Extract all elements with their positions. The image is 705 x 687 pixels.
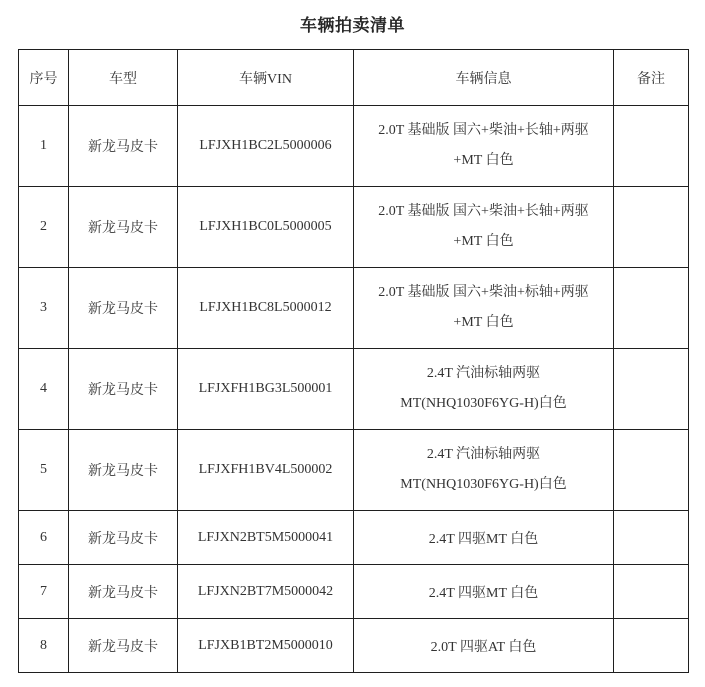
vin-cell: LFJXH1BC0L5000005 [178, 187, 354, 268]
note-cell [614, 430, 689, 511]
table-row: 7新龙马皮卡LFJXN2BT7M50000422.4T 四驱MT 白色 [19, 565, 689, 619]
table-row: 1新龙马皮卡LFJXH1BC2L50000062.0T 基础版 国六+柴油+长轴… [19, 106, 689, 187]
serial-cell: 5 [19, 430, 69, 511]
table-row: 6新龙马皮卡LFJXN2BT5M50000412.4T 四驱MT 白色 [19, 511, 689, 565]
table-body: 1新龙马皮卡LFJXH1BC2L50000062.0T 基础版 国六+柴油+长轴… [19, 106, 689, 673]
note-cell [614, 619, 689, 673]
model-cell: 新龙马皮卡 [69, 268, 178, 349]
serial-cell: 3 [19, 268, 69, 349]
model-cell: 新龙马皮卡 [69, 565, 178, 619]
info-cell: 2.4T 四驱MT 白色 [354, 565, 614, 619]
info-cell: 2.0T 基础版 国六+柴油+长轴+两驱 +MT 白色 [354, 187, 614, 268]
serial-cell: 6 [19, 511, 69, 565]
note-cell [614, 268, 689, 349]
table-row: 3新龙马皮卡LFJXH1BC8L50000122.0T 基础版 国六+柴油+标轴… [19, 268, 689, 349]
header-model: 车型 [69, 50, 178, 106]
note-cell [614, 106, 689, 187]
vin-cell: LFJXN2BT7M5000042 [178, 565, 354, 619]
vin-cell: LFJXFH1BV4L500002 [178, 430, 354, 511]
table-row: 2新龙马皮卡LFJXH1BC0L50000052.0T 基础版 国六+柴油+长轴… [19, 187, 689, 268]
serial-cell: 2 [19, 187, 69, 268]
model-cell: 新龙马皮卡 [69, 619, 178, 673]
info-cell: 2.0T 基础版 国六+柴油+长轴+两驱 +MT 白色 [354, 106, 614, 187]
note-cell [614, 565, 689, 619]
vin-cell: LFJXB1BT2M5000010 [178, 619, 354, 673]
header-note: 备注 [614, 50, 689, 106]
table-row: 8新龙马皮卡LFJXB1BT2M50000102.0T 四驱AT 白色 [19, 619, 689, 673]
header-row: 序号 车型 车辆VIN 车辆信息 备注 [19, 50, 689, 106]
info-cell: 2.4T 四驱MT 白色 [354, 511, 614, 565]
serial-cell: 1 [19, 106, 69, 187]
vin-cell: LFJXFH1BG3L500001 [178, 349, 354, 430]
note-cell [614, 349, 689, 430]
model-cell: 新龙马皮卡 [69, 511, 178, 565]
model-cell: 新龙马皮卡 [69, 187, 178, 268]
vin-cell: LFJXN2BT5M5000041 [178, 511, 354, 565]
model-cell: 新龙马皮卡 [69, 430, 178, 511]
table-row: 5新龙马皮卡LFJXFH1BV4L5000022.4T 汽油标轴两驱 MT(NH… [19, 430, 689, 511]
model-cell: 新龙马皮卡 [69, 349, 178, 430]
auction-table: 序号 车型 车辆VIN 车辆信息 备注 1新龙马皮卡LFJXH1BC2L5000… [18, 49, 689, 673]
note-cell [614, 187, 689, 268]
header-info: 车辆信息 [354, 50, 614, 106]
serial-cell: 4 [19, 349, 69, 430]
note-cell [614, 511, 689, 565]
page-title: 车辆拍卖清单 [0, 0, 705, 49]
vin-cell: LFJXH1BC2L5000006 [178, 106, 354, 187]
serial-cell: 8 [19, 619, 69, 673]
page: 车辆拍卖清单 序号 车型 车辆VIN 车辆信息 备注 1新龙马皮卡LFJXH1B… [0, 0, 705, 687]
table-row: 4新龙马皮卡LFJXFH1BG3L5000012.4T 汽油标轴两驱 MT(NH… [19, 349, 689, 430]
table-header: 序号 车型 车辆VIN 车辆信息 备注 [19, 50, 689, 106]
serial-cell: 7 [19, 565, 69, 619]
info-cell: 2.4T 汽油标轴两驱 MT(NHQ1030F6YG-H)白色 [354, 349, 614, 430]
info-cell: 2.0T 四驱AT 白色 [354, 619, 614, 673]
info-cell: 2.4T 汽油标轴两驱 MT(NHQ1030F6YG-H)白色 [354, 430, 614, 511]
vin-cell: LFJXH1BC8L5000012 [178, 268, 354, 349]
header-vin: 车辆VIN [178, 50, 354, 106]
header-serial: 序号 [19, 50, 69, 106]
model-cell: 新龙马皮卡 [69, 106, 178, 187]
info-cell: 2.0T 基础版 国六+柴油+标轴+两驱 +MT 白色 [354, 268, 614, 349]
